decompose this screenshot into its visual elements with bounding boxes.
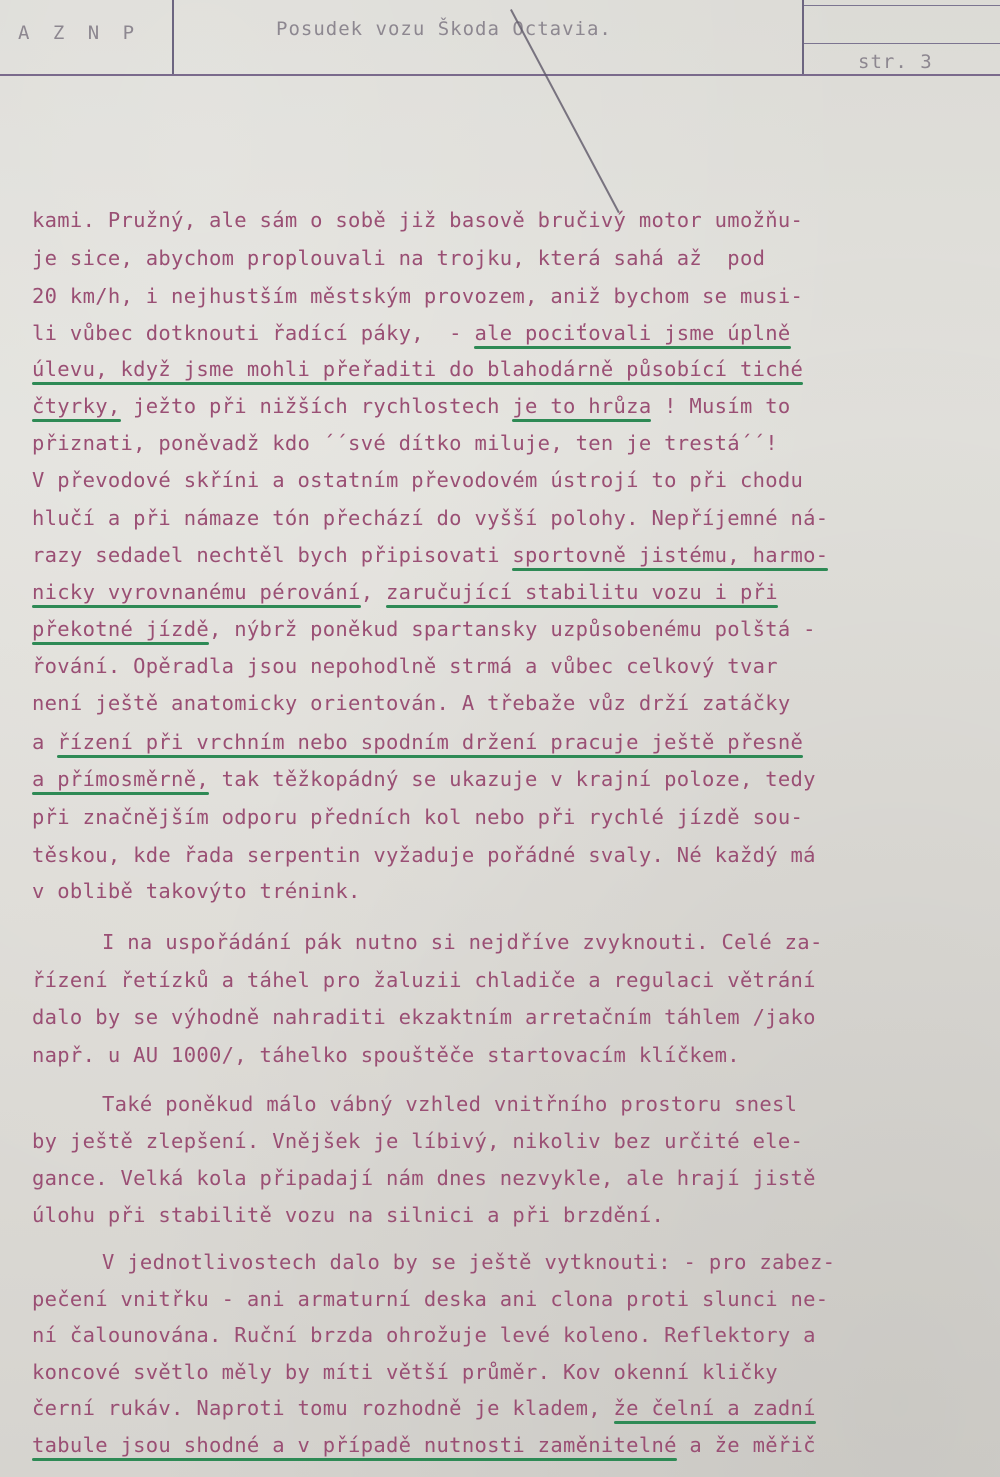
handwritten-underline	[474, 346, 790, 349]
handwritten-underline	[57, 755, 803, 758]
text-line: a řízení při vrchním nebo spodním držení…	[32, 730, 803, 754]
text-line: I na uspořádání pák nutno si nejdříve zv…	[102, 930, 823, 954]
text-line: 20 km/h, i nejhustším městským provozem,…	[32, 284, 803, 308]
text-line: úlevu, když jsme mohli přeřaditi do blah…	[32, 357, 803, 381]
text-line: razy sedadel nechtěl bych připisovati sp…	[32, 543, 828, 567]
text-line: pečení vnitřku - ani armaturní deska ani…	[32, 1287, 828, 1311]
text-line: by ještě zlepšení. Vnějšek je líbivý, ni…	[32, 1129, 803, 1153]
text-line: např. u AU 1000/, táhelko spouštěče star…	[32, 1043, 740, 1067]
header-rule	[804, 43, 1000, 44]
text-line: překotné jízdě, nýbrž poněkud spartansky…	[32, 617, 816, 641]
text-line: dalo by se výhodně nahraditi ekzaktním a…	[32, 1005, 816, 1029]
text-line: řování. Opěradla jsou nepohodlně strmá a…	[32, 654, 778, 678]
handwritten-underline	[512, 568, 828, 571]
header-bottom-rule	[0, 74, 1000, 76]
document-page: A Z N P Posudek vozu Škoda Octavia. str.…	[0, 0, 1000, 1477]
text-line: a přímosměrně, tak těžkopádný se ukazuje…	[32, 767, 816, 791]
text-line: přiznati, poněvadž kdo ´´své dítko miluj…	[32, 431, 778, 455]
text-line: kami. Pružný, ale sám o sobě již basově …	[32, 208, 803, 232]
text-line: úlohu při stabilitě vozu na silnici a př…	[32, 1203, 664, 1227]
handwritten-underline	[512, 419, 651, 422]
text-line: řízení řetízků a táhel pro žaluzii chlad…	[32, 968, 816, 992]
text-line: v oblibě takovýto trénink.	[32, 879, 361, 903]
text-line: li vůbec dotknouti řadící páky, - ale po…	[32, 321, 791, 345]
text-line: je sice, abychom proplouvali na trojku, …	[32, 246, 765, 270]
handwritten-underline	[32, 605, 361, 608]
text-line: gance. Velká kola připadají nám dnes nez…	[32, 1166, 816, 1190]
header-divider	[802, 0, 804, 76]
header-rule	[804, 5, 1000, 6]
document-title: Posudek vozu Škoda Octavia.	[276, 18, 612, 40]
handwritten-underline	[32, 792, 209, 795]
text-line: tabule jsou shodné a v případě nutnosti …	[32, 1433, 816, 1457]
text-line: V jednotlivostech dalo by se ještě vytkn…	[102, 1250, 835, 1274]
organization-label: A Z N P	[18, 22, 140, 44]
handwritten-underline	[32, 1458, 677, 1461]
text-line: hlučí a při námaze tón přechází do vyšší…	[32, 506, 828, 530]
text-line: těskou, kde řada serpentin vyžaduje pořá…	[32, 843, 816, 867]
handwritten-underline	[614, 1421, 816, 1424]
handwritten-underline	[386, 605, 778, 608]
text-line: ní čalounována. Ruční brzda ohrožuje lev…	[32, 1323, 816, 1347]
text-line: Také poněkud málo vábný vzhled vnitřního…	[102, 1092, 797, 1116]
text-line: nicky vyrovnanému pérování, zaručující s…	[32, 580, 778, 604]
text-line: při značnějším odporu předních kol nebo …	[32, 805, 803, 829]
page-number: str. 3	[858, 51, 933, 73]
handwritten-underline	[32, 642, 209, 645]
text-line: V převodové skříni a ostatním převodovém…	[32, 468, 803, 492]
text-line: není ještě anatomicky orientován. A třeb…	[32, 691, 791, 715]
text-line: čtyrky, ježto při nižších rychlostech je…	[32, 394, 791, 418]
text-line: černí rukáv. Naproti tomu rozhodně je kl…	[32, 1396, 816, 1420]
header-divider	[172, 0, 174, 76]
text-line: koncové světlo měly by míti větší průměr…	[32, 1360, 778, 1384]
handwritten-underline	[32, 419, 121, 422]
handwritten-underline	[32, 382, 803, 385]
